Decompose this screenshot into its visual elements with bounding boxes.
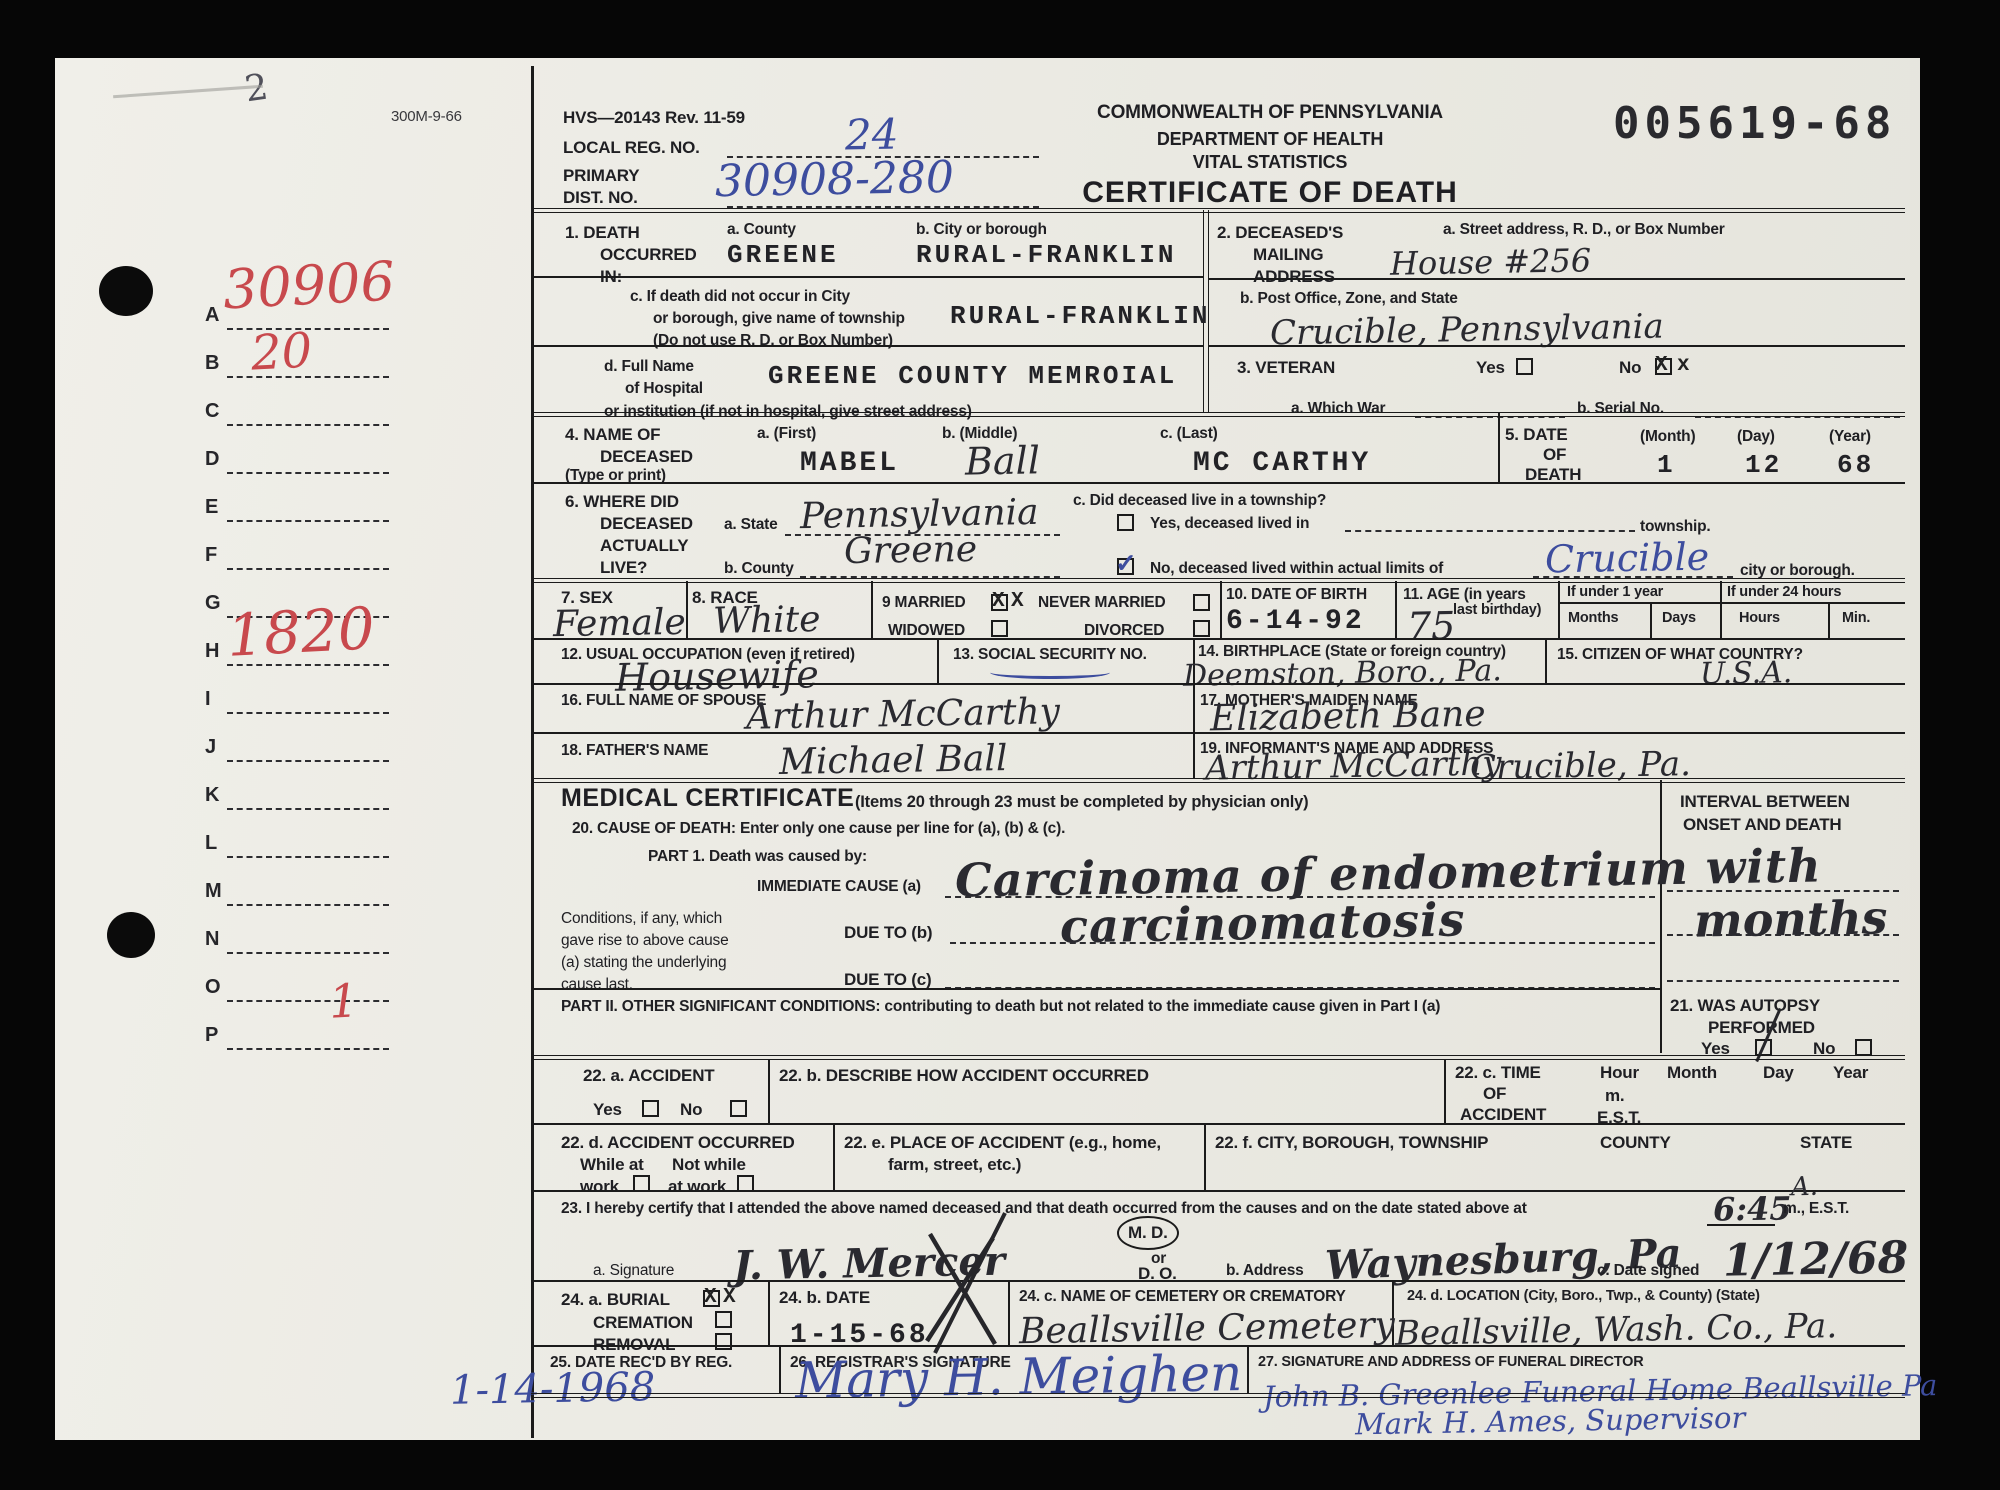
- rule: [531, 1280, 1905, 1282]
- accident-yes-checkbox: [642, 1100, 659, 1117]
- red-margin-note: 30906: [221, 250, 396, 322]
- s11-label: last birthday): [1453, 602, 1541, 618]
- s20-due-b-label: DUE TO (b): [844, 923, 932, 943]
- rule: [531, 1190, 1905, 1192]
- s22d-label: 22. d. ACCIDENT OCCURRED: [561, 1133, 795, 1153]
- margin-letter: N: [205, 928, 219, 951]
- s21-label: PERFORMED: [1708, 1018, 1815, 1038]
- s1-city-value: RURAL-FRANKLIN: [916, 240, 1176, 270]
- divider: [1247, 1347, 1249, 1393]
- s22d-atwork-label: at work: [668, 1177, 726, 1197]
- primary-label: PRIMARY: [563, 166, 639, 186]
- rule: [1209, 278, 1905, 280]
- margin-divider: [531, 66, 534, 1438]
- margin-rule: [227, 1000, 389, 1002]
- s6-yes-text: Yes, deceased lived in: [1150, 515, 1309, 533]
- s5-year-label: (Year): [1829, 428, 1871, 446]
- s23-am-note: A.: [1791, 1172, 1819, 1202]
- s4-first-label: a. (First): [757, 425, 816, 443]
- s23-time-suffix: m., E.S.T.: [1783, 1200, 1849, 1218]
- s22a-yes-label: Yes: [593, 1100, 622, 1120]
- veteran-yes-checkbox: [1516, 358, 1533, 375]
- s11b-under24-label: If under 24 hours: [1727, 584, 1841, 600]
- divider-4-5: [1498, 412, 1500, 482]
- part2-label: PART II. OTHER SIGNIFICANT CONDITIONS: c…: [561, 998, 1440, 1016]
- s22e-label: 22. e. PLACE OF ACCIDENT (e.g., home,: [844, 1133, 1161, 1153]
- s22c-month-label: Month: [1667, 1063, 1717, 1083]
- s2a-value: House #256: [1390, 241, 1592, 283]
- s1-label: OCCURRED: [600, 245, 697, 265]
- divider: [937, 640, 939, 683]
- s5-day-value: 12: [1745, 450, 1782, 480]
- autopsy-no-checkbox: [1855, 1039, 1872, 1056]
- s5-month-value: 1: [1657, 450, 1676, 480]
- margin-letter: K: [205, 784, 219, 807]
- rule: [531, 1123, 1905, 1125]
- divider: [1444, 1060, 1446, 1123]
- margin-rule: [227, 904, 389, 906]
- s6-no-value: Crucible: [1545, 535, 1710, 582]
- s18-label: 18. FATHER'S NAME: [561, 742, 708, 760]
- s24b-label: 24. b. DATE: [779, 1288, 870, 1308]
- time-underline: [1707, 1224, 1775, 1226]
- divider: [1558, 581, 1560, 638]
- cremation-checkbox: [715, 1311, 732, 1328]
- margin-rule: [227, 472, 389, 474]
- s11b-days-label: Days: [1662, 610, 1696, 626]
- s11b-months-label: Months: [1568, 610, 1618, 626]
- s20-cond-note: Conditions, if any, which: [561, 910, 722, 928]
- s23-time-value: 6:45: [1713, 1189, 1792, 1228]
- s22d-work-label: work: [580, 1177, 619, 1197]
- s22c-m-label: m.: [1605, 1086, 1624, 1106]
- margin-letter: O: [205, 976, 221, 999]
- s5-month-label: (Month): [1640, 428, 1695, 446]
- punch-hole-bottom: [107, 912, 155, 958]
- divider: [1828, 602, 1830, 638]
- s3-label: 3. VETERAN: [1237, 358, 1335, 378]
- local-reg-label: LOCAL REG. NO.: [563, 138, 700, 158]
- s8-value: White: [713, 599, 821, 642]
- s22c-label: OF: [1483, 1084, 1506, 1104]
- margin-letter: H: [205, 640, 219, 663]
- s20-immediate-label: IMMEDIATE CAUSE (a): [757, 878, 921, 896]
- s22c-hour-label: Hour: [1600, 1063, 1639, 1083]
- s1d-label: d. Full Name: [604, 358, 694, 376]
- s11b-hours-label: Hours: [1739, 610, 1780, 626]
- bottom-rule: [531, 1393, 1905, 1398]
- s6-state-label: a. State: [724, 516, 778, 534]
- s18-value: Michael Ball: [779, 738, 1008, 783]
- s1d-value: GREENE COUNTY MEMROIAL: [768, 361, 1177, 391]
- burial-mark: X: [723, 1286, 736, 1309]
- accident-no-checkbox: [730, 1100, 747, 1117]
- margin-rule: [227, 760, 389, 762]
- s20-cond-note: cause last.: [561, 976, 633, 994]
- margin-letter: M: [205, 880, 222, 903]
- s4-last-value: MC CARTHY: [1193, 448, 1371, 479]
- veteran-no-mark: X: [1655, 354, 1668, 377]
- margin-rule: [227, 520, 389, 522]
- s22e-label: farm, street, etc.): [888, 1155, 1021, 1175]
- s16-label: 16. FULL NAME OF SPOUSE: [561, 692, 766, 710]
- s20-cause-line2: carcinomatosis: [1060, 892, 1466, 953]
- s16-value: Arthur McCarthy: [746, 691, 1061, 737]
- s22c-label: 22. c. TIME: [1455, 1063, 1541, 1083]
- s4-label: 4. NAME OF: [565, 425, 660, 445]
- s4-label: DECEASED: [600, 447, 693, 467]
- interval-label: INTERVAL BETWEEN: [1680, 792, 1850, 812]
- s24-cremation-label: CREMATION: [593, 1313, 693, 1333]
- print-code: 300M-9-66: [391, 108, 462, 125]
- s22b-label: 22. b. DESCRIBE HOW ACCIDENT OCCURRED: [779, 1066, 1149, 1086]
- agency-line2: DEPARTMENT OF HEALTH: [1040, 129, 1500, 150]
- s23-signature-label: a. Signature: [593, 1262, 674, 1280]
- medcert-title: MEDICAL CERTIFICATE: [561, 784, 854, 813]
- s22d-notwhile-label: Not while: [672, 1155, 746, 1175]
- divider: [1395, 581, 1397, 638]
- s10-value: 6-14-92: [1226, 606, 1365, 637]
- s1d-label: of Hospital: [625, 380, 703, 398]
- certificate-title: CERTIFICATE OF DEATH: [1040, 176, 1500, 210]
- rule: [531, 345, 1203, 347]
- s6-label: DECEASED: [600, 514, 693, 534]
- married-mark: X: [992, 590, 1005, 613]
- serial-number-stamp: 005619-68: [1613, 98, 1896, 149]
- s21-label: 21. WAS AUTOPSY: [1670, 996, 1820, 1016]
- s6-label: ACTUALLY: [600, 536, 688, 556]
- s5-year-value: 68: [1837, 450, 1874, 480]
- s1c-label: (Do not use R. D. or Box Number): [653, 332, 893, 350]
- interval-value: months: [1694, 890, 1888, 947]
- s3-no-label: No: [1619, 358, 1641, 378]
- s6-township-suffix: township.: [1640, 518, 1711, 536]
- s1-label: 1. DEATH: [565, 223, 640, 243]
- margin-letter: G: [205, 592, 221, 615]
- funeral-director-signature: Mark H. Ames, Supervisor: [1355, 1401, 1746, 1442]
- margin-letter: I: [205, 688, 211, 711]
- s20-cond-note: gave rise to above cause: [561, 932, 729, 950]
- margin-rule: [227, 712, 389, 714]
- s23-date-label: c. Date signed: [1597, 1262, 1699, 1280]
- divider: [1720, 581, 1722, 638]
- removal-checkbox: [715, 1333, 732, 1350]
- s4-first-value: MABEL: [800, 448, 899, 479]
- s22c-est-label: E.S.T.: [1597, 1108, 1641, 1128]
- s11b-under1-label: If under 1 year: [1567, 584, 1663, 600]
- divider: [871, 581, 873, 638]
- widowed-checkbox: [991, 620, 1008, 637]
- divider: [768, 1060, 770, 1123]
- agency-line1: COMMONWEALTH OF PENNSYLVANIA: [1040, 102, 1500, 124]
- s11b-min-label: Min.: [1842, 610, 1870, 626]
- married-mark: X: [1011, 590, 1024, 613]
- form-code: HVS—20143 Rev. 11-59: [563, 108, 745, 128]
- rule: [531, 683, 1905, 685]
- s20-cond-note: (a) stating the underlying: [561, 954, 726, 972]
- burial-mark: X: [704, 1286, 717, 1309]
- divider: [1204, 1125, 1206, 1190]
- s1-county-value: GREENE: [727, 240, 839, 270]
- margin-rule: [227, 1048, 389, 1050]
- rule: [531, 1055, 1905, 1060]
- s6-no-text: No, deceased lived within actual limits …: [1150, 560, 1443, 578]
- divorced-checkbox: [1193, 620, 1210, 637]
- margin-rule: [227, 808, 389, 810]
- rule: [531, 778, 1905, 783]
- s24-burial-label: 24. a. BURIAL: [561, 1290, 670, 1310]
- s22a-no-label: No: [680, 1100, 702, 1120]
- certificate-paper: 2 300M-9-66 A B C D E F G H I J K L M N …: [55, 58, 1920, 1440]
- divider: [1193, 734, 1195, 778]
- margin-rule: [227, 856, 389, 858]
- s6c-label: c. Did deceased live in a township?: [1073, 492, 1326, 510]
- s11-value: 75: [1407, 604, 1456, 649]
- s6-county-value: Greene: [844, 529, 978, 572]
- red-margin-note: 1: [328, 973, 360, 1028]
- margin-letter: P: [205, 1024, 218, 1047]
- s5-label: 5. DATE: [1505, 425, 1568, 445]
- s27-label: 27. SIGNATURE AND ADDRESS OF FUNERAL DIR…: [1258, 1354, 1644, 1370]
- s1-county-label: a. County: [727, 221, 796, 239]
- s22c-day-label: Day: [1763, 1063, 1794, 1083]
- s2-label: MAILING: [1253, 245, 1323, 265]
- s4-middle-value: Ball: [965, 438, 1041, 483]
- s2-label: ADDRESS: [1253, 267, 1335, 287]
- scanned-death-certificate: { "colors":{"blue_ink":"#3d4d9e","black_…: [0, 0, 2000, 1490]
- red-margin-note: 20: [250, 322, 314, 381]
- interval-line: [1667, 980, 1899, 982]
- s23-certify-text: 23. I hereby certify that I attended the…: [561, 1200, 1527, 1218]
- rule: [1558, 602, 1720, 604]
- s15-value: U.S.A.: [1700, 655, 1793, 692]
- s1c-label: c. If death did not occur in City: [630, 288, 850, 306]
- divider: [1193, 685, 1195, 732]
- s2-label: 2. DECEASED'S: [1217, 223, 1343, 243]
- s1c-value: RURAL-FRANKLIN: [950, 301, 1210, 331]
- s3-yes-label: Yes: [1476, 358, 1505, 378]
- s22f-state-label: STATE: [1800, 1133, 1852, 1153]
- divider: [1650, 602, 1652, 638]
- margin-letter: A: [205, 304, 219, 327]
- s2b-label: b. Post Office, Zone, and State: [1240, 290, 1458, 308]
- s25-value: 1-14-1968: [450, 1364, 656, 1414]
- date-cross-mark: [915, 1226, 1010, 1351]
- red-margin-note: 1820: [225, 594, 376, 670]
- margin-letter: F: [205, 544, 217, 567]
- margin-letter: C: [205, 400, 219, 423]
- rule: [531, 412, 1905, 417]
- never-married-checkbox: [1193, 594, 1210, 611]
- interval-label: ONSET AND DEATH: [1683, 815, 1842, 835]
- margin-letter: B: [205, 352, 219, 375]
- s14-value: Deemston, Boro., Pa.: [1183, 653, 1502, 694]
- s1-city-label: b. City or borough: [916, 221, 1047, 239]
- ssn-ink-mark: [990, 666, 1110, 679]
- divider: [686, 581, 688, 638]
- header-rule: [531, 208, 1905, 213]
- rule: [1209, 345, 1905, 347]
- rule: [1720, 602, 1905, 604]
- s22d-while-label: While at: [580, 1155, 644, 1175]
- s20-due-c-label: DUE TO (c): [844, 970, 931, 990]
- s24d-label: 24. d. LOCATION (City, Boro., Twp., & Co…: [1407, 1288, 1760, 1304]
- township-no-check: ✓: [1115, 548, 1137, 579]
- agency-line3: VITAL STATISTICS: [1040, 152, 1500, 173]
- s22f-county-label: COUNTY: [1600, 1133, 1671, 1153]
- s13-label: 13. SOCIAL SECURITY NO.: [953, 646, 1147, 664]
- rule: [531, 482, 1905, 484]
- s4-last-label: c. (Last): [1160, 425, 1218, 443]
- registrar-signature: Mary H. Meighen: [795, 1344, 1243, 1410]
- divider-interval: [1660, 780, 1662, 1053]
- margin-letter: L: [205, 832, 217, 855]
- s23-address-label: b. Address: [1226, 1262, 1304, 1280]
- s22a-label: 22. a. ACCIDENT: [583, 1066, 714, 1086]
- s10-label: 10. DATE OF BIRTH: [1226, 586, 1367, 604]
- s22c-year-label: Year: [1833, 1063, 1868, 1083]
- margin-rule: [227, 568, 389, 570]
- township-line: [1345, 530, 1635, 532]
- divider: [768, 1282, 770, 1345]
- divider: [833, 1125, 835, 1190]
- s23-date-value: 1/12/68: [1723, 1232, 1909, 1286]
- township-yes-checkbox: [1117, 514, 1134, 531]
- divider: [779, 1347, 781, 1393]
- agency-block: COMMONWEALTH OF PENNSYLVANIA DEPARTMENT …: [1040, 102, 1500, 210]
- punch-hole-top: [99, 266, 153, 316]
- s20-part1-label: PART 1. Death was caused by:: [648, 848, 867, 866]
- margin-rule: [227, 952, 389, 954]
- s6-label: 6. WHERE DID: [565, 492, 679, 512]
- s20-label: 20. CAUSE OF DEATH: Enter only one cause…: [572, 820, 1065, 838]
- margin-letter: D: [205, 448, 219, 471]
- s5-day-label: (Day): [1737, 428, 1775, 446]
- divider: [1545, 640, 1547, 683]
- divider: [1220, 581, 1222, 638]
- rule: [531, 638, 1905, 640]
- s6-county-label: b. County: [724, 560, 794, 578]
- s5-label: OF: [1543, 445, 1566, 465]
- dist-value: 30908-280: [715, 152, 955, 207]
- rule: [531, 578, 1905, 583]
- s6-label: LIVE?: [600, 558, 647, 578]
- s22c-label: ACCIDENT: [1460, 1105, 1546, 1125]
- s9-married-label: 9 MARRIED: [882, 594, 965, 612]
- dist-label: DIST. NO.: [563, 188, 638, 208]
- rule: [531, 276, 1203, 278]
- s9-never-label: NEVER MARRIED: [1038, 594, 1165, 612]
- margin-rule: [227, 424, 389, 426]
- local-reg-value: 24: [845, 110, 899, 160]
- s24c-label: 24. c. NAME OF CEMETERY OR CREMATORY: [1019, 1288, 1346, 1306]
- r: [531, 732, 1905, 734]
- s2a-label: a. Street address, R. D., or Box Number: [1443, 221, 1725, 239]
- s23-md-label: M. D.: [1117, 1216, 1179, 1250]
- veteran-no-mark: x: [1677, 354, 1690, 377]
- margin-letter: J: [205, 736, 216, 759]
- s22f-label: 22. f. CITY, BOROUGH, TOWNSHIP: [1215, 1133, 1488, 1153]
- rule: [531, 988, 1660, 990]
- s1c-label: or borough, give name of township: [653, 310, 905, 328]
- pencil-streak: [113, 85, 263, 98]
- margin-letter: E: [205, 496, 218, 519]
- medcert-subtitle: (Items 20 through 23 must be completed b…: [855, 793, 1308, 812]
